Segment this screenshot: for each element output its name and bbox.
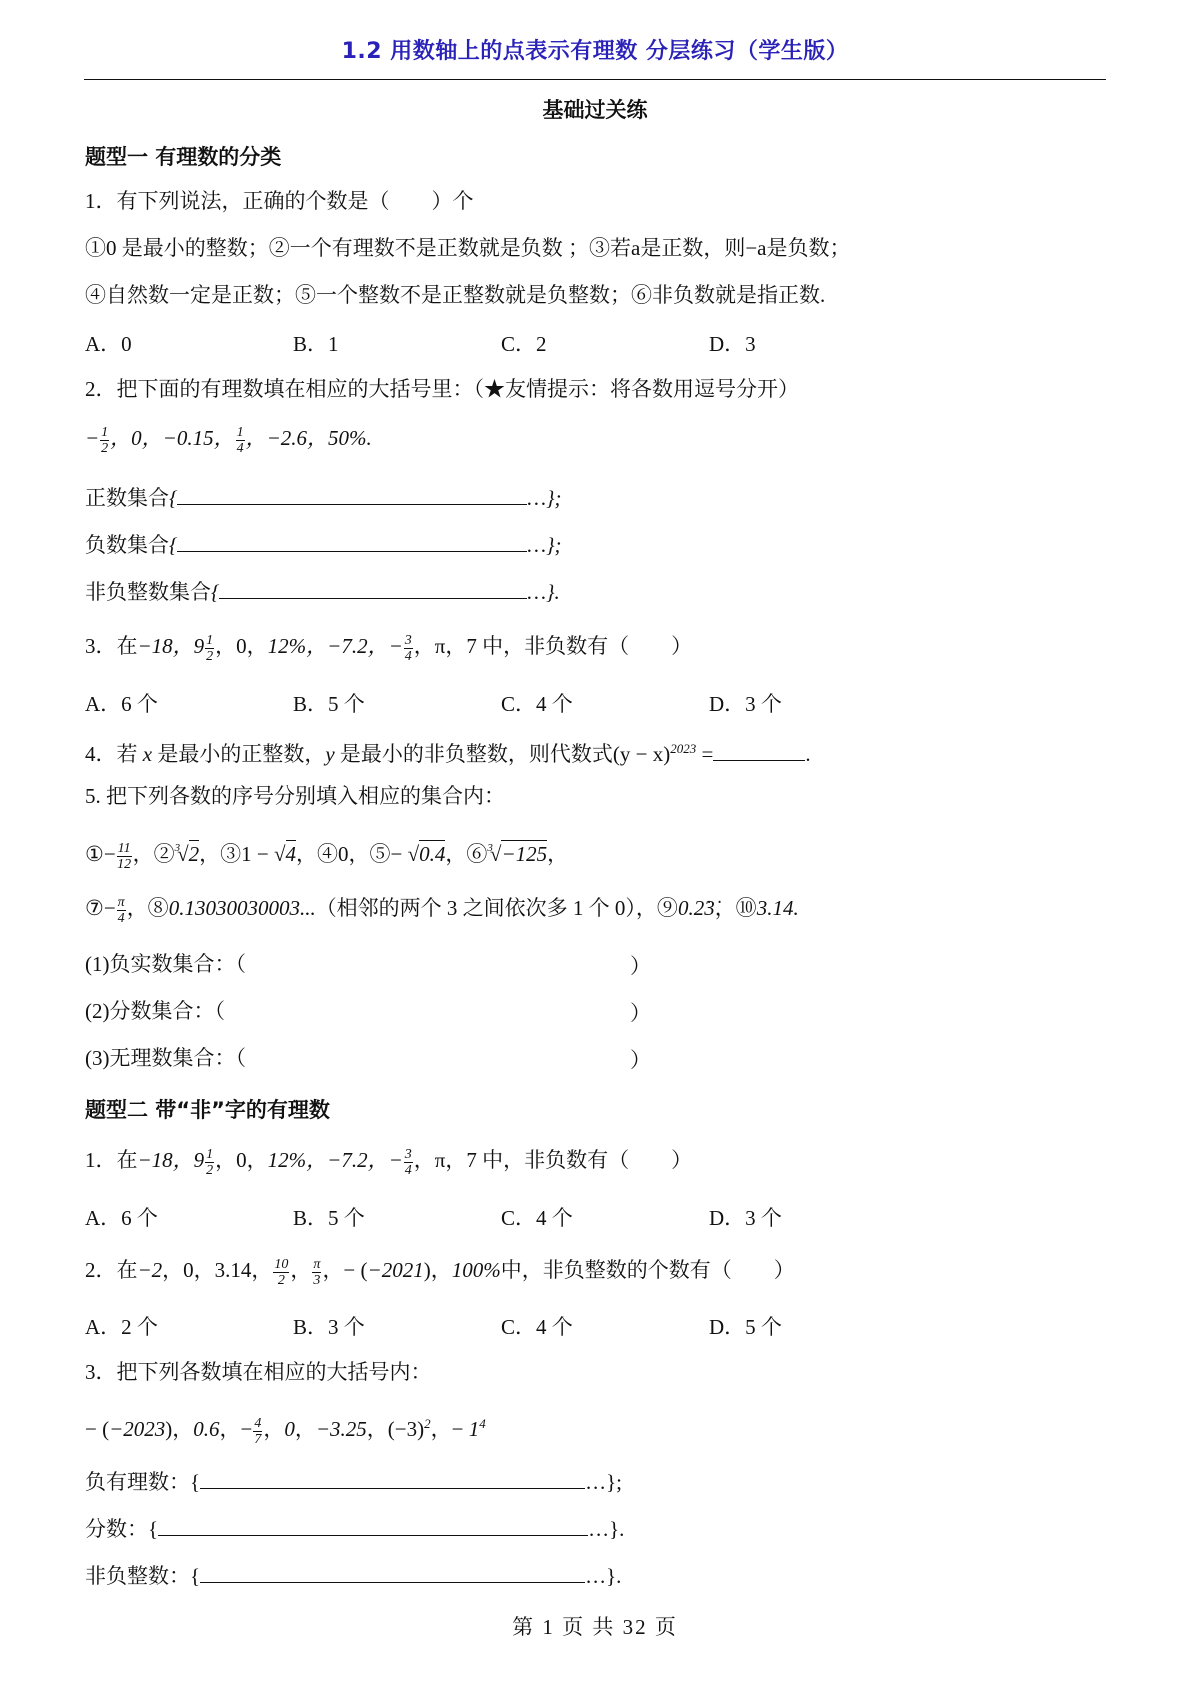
question-3-options: A．6 个 B．5 个 C．4 个 D．3 个 [0,688,1190,718]
option-b[interactable]: B．5 个 [293,1202,365,1232]
set-negative-rational: 负有理数：{…}; [85,1468,622,1496]
option-b[interactable]: B．5 个 [293,688,365,718]
question-1-stem: 1．有下列说法，正确的个数是（ ）个 [85,187,474,215]
option-a[interactable]: A．6 个 [85,688,158,718]
answer-blank[interactable] [177,486,527,505]
section2-question-1-options: A．6 个 B．5 个 C．4 个 D．3 个 [0,1202,1190,1232]
close-paren: ） [630,950,651,980]
option-a[interactable]: A．2 个 [85,1311,158,1341]
option-c[interactable]: C．4 个 [501,688,573,718]
question-4: 4．若 x 是最小的正整数，y 是最小的非负整数，则代数式(y − x)2023… [85,735,811,768]
option-d[interactable]: D．3 个 [709,1202,782,1232]
question-5-items-row1: ①−1112，②3√2，③1 − √4，④0，⑤− √0.4，⑥3√−125， [85,834,568,872]
close-paren: ） [630,1044,651,1074]
answer-blank[interactable] [177,533,527,552]
section2-question-3-numbers: − (−2023)，0.6，−47，0，−3.25，(−3)2，− 14 [85,1410,486,1447]
option-c[interactable]: C．4 个 [501,1311,573,1341]
option-b[interactable]: B．1 [293,328,339,358]
section2-question-2-options: A．2 个 B．3 个 C．4 个 D．5 个 [0,1311,1190,1341]
document-title: 1.2 用数轴上的点表示有理数 分层练习（学生版） [0,34,1190,65]
set-negative: 负数集合{…}; [85,531,561,559]
answer-blank[interactable] [200,1564,585,1583]
section2-question-2-stem: 2．在−2，0，3.14，102，π3，− (−2021)，100%中，非负整数… [85,1256,795,1288]
set-fraction-2: 分数：{…}. [85,1515,624,1543]
set-irrational[interactable]: (3)无理数集合：（ [85,1044,246,1072]
set-positive: 正数集合{…}; [85,484,561,512]
answer-blank[interactable] [713,742,805,761]
close-paren: ） [630,997,651,1027]
option-c[interactable]: C．4 个 [501,1202,573,1232]
question-1-options: A．0 B．1 C．2 D．3 [0,328,1190,358]
section2-question-1-stem: 1．在−18，912，0，12%，−7.2，−34，π，7 中，非负数有（ ） [85,1146,692,1178]
question-2-stem: 2．把下面的有理数填在相应的大括号里：（★友情提示：将各数用逗号分开） [85,375,799,403]
question-5-items-row2: ⑦−π4，⑧0.13030030003...（相邻的两个 3 之间依次多 1 个… [85,894,799,926]
set-negative-real[interactable]: (1)负实数集合：（ [85,950,246,978]
set-nonnegative-integer-2: 非负整数：{…}. [85,1562,621,1590]
option-d[interactable]: D．3 个 [709,688,782,718]
page-number: 第 1 页 共 32 页 [0,1611,1190,1641]
option-d[interactable]: D．3 [709,328,756,358]
question-2-numbers: −12，0，−0.15，14，−2.6，50%. [85,424,372,456]
section-heading-1: 题型一 有理数的分类 [85,141,281,171]
option-b[interactable]: B．3 个 [293,1311,365,1341]
section2-question-3-stem: 3．把下列各数填在相应的大括号内： [85,1358,432,1386]
question-5-stem: 5. 把下列各数的序号分别填入相应的集合内： [85,782,505,810]
question-3-stem: 3．在−18，912，0，12%，−7.2，−34，π，7 中，非负数有（ ） [85,632,692,664]
answer-blank[interactable] [219,580,527,599]
header-divider [84,79,1106,80]
answer-blank[interactable] [200,1470,585,1489]
section-subtitle: 基础过关练 [0,94,1190,124]
fraction: 12 [100,425,109,456]
answer-blank[interactable] [158,1517,588,1536]
set-nonnegative-integer: 非负整数集合{…}. [85,578,560,606]
option-c[interactable]: C．2 [501,328,547,358]
option-d[interactable]: D．5 个 [709,1311,782,1341]
fraction: 14 [236,425,245,456]
minus-sign: − [85,426,99,450]
question-1-statements-line1: ①0 是最小的整数；②一个有理数不是正数就是负数 ；③若a是正数，则−a是负数； [85,234,850,262]
option-a[interactable]: A．6 个 [85,1202,158,1232]
set-fraction[interactable]: (2)分数集合：（ [85,997,225,1025]
option-a[interactable]: A．0 [85,328,132,358]
question-1-statements-line2: ④自然数一定是正数；⑤一个整数不是正整数就是负整数；⑥非负数就是指正数. [85,281,825,309]
section-heading-2: 题型二 带“非”字的有理数 [85,1094,330,1124]
